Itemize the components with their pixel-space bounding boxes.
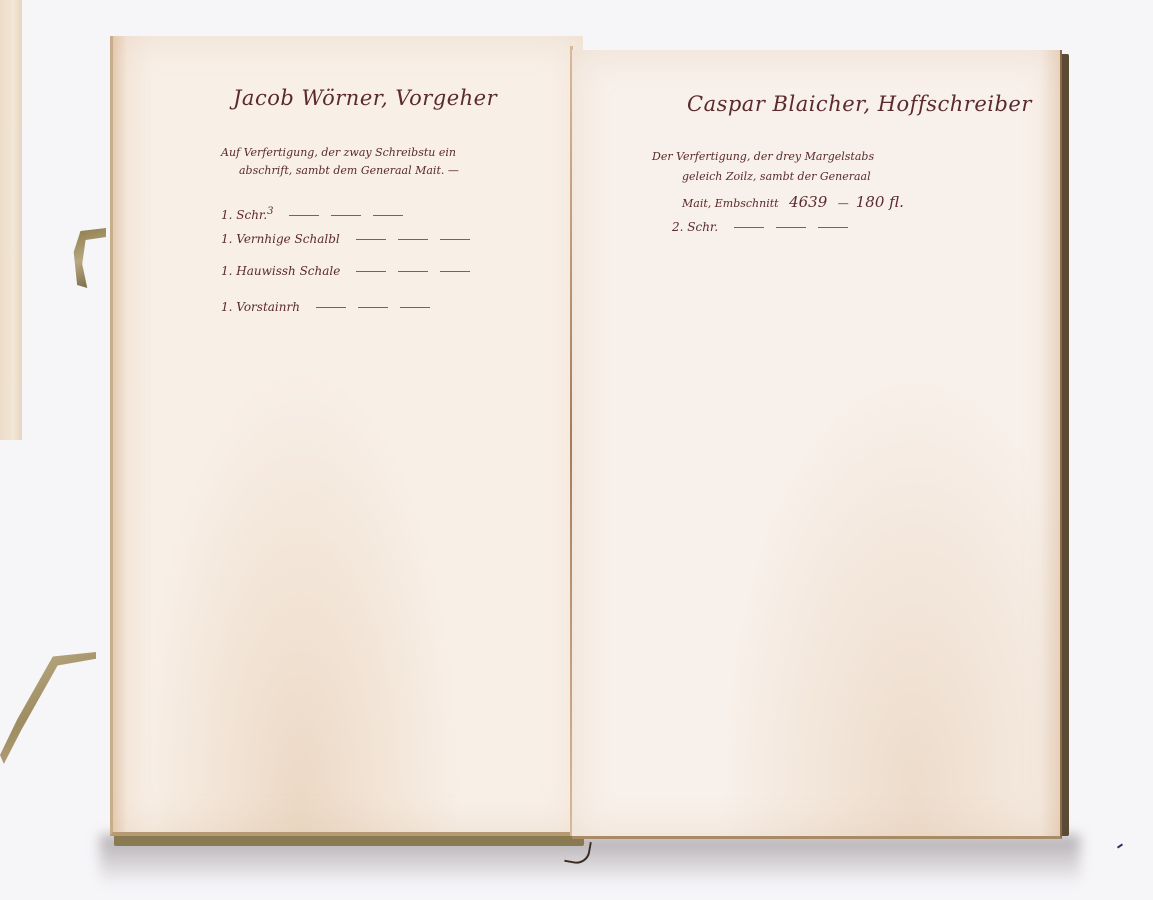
left-page-heading: Jacob Wörner, Vorgeher bbox=[233, 86, 497, 110]
item-label: 1. Schr. bbox=[221, 208, 267, 222]
wooden-table-edge bbox=[0, 0, 22, 440]
left-item: 1. Vorstainrh bbox=[221, 300, 430, 314]
ink-speck bbox=[1117, 843, 1123, 848]
right-item: 2. Schr. bbox=[672, 220, 848, 234]
left-item: 1. Hauwissh Schale bbox=[221, 264, 470, 278]
ribbon-bookmark-lower bbox=[0, 652, 96, 764]
left-item: 1. Vernhige Schalbl bbox=[221, 232, 470, 246]
right-page-heading: Caspar Blaicher, Hoffschreiber bbox=[687, 92, 1032, 116]
left-description-line-2: abschrift, sambt dem Generaal Mait. — bbox=[239, 164, 459, 177]
item-marker: 3 bbox=[267, 206, 273, 217]
item-label: 2. Schr. bbox=[672, 220, 718, 234]
description-text: Mait, Embschnitt bbox=[682, 197, 779, 210]
amount-value: 180 fl. bbox=[856, 193, 904, 211]
right-description-line-3: Mait, Embschnitt 4639 — 180 fl. bbox=[682, 193, 904, 211]
right-description-line-2: geleich Zoilz, sambt der Generaal bbox=[682, 170, 871, 183]
item-label: 1. Vernhige Schalbl bbox=[221, 232, 340, 246]
year-value: 4639 bbox=[789, 193, 827, 211]
item-label: 1. Hauwissh Schale bbox=[221, 264, 340, 278]
right-page: Caspar Blaicher, Hoffschreiber Der Verfe… bbox=[572, 50, 1062, 839]
item-label: 1. Vorstainrh bbox=[221, 300, 300, 314]
left-description-line-1: Auf Verfertigung, der zway Schreibstu ei… bbox=[221, 146, 456, 159]
left-page: Jacob Wörner, Vorgeher Auf Verfertigung,… bbox=[110, 36, 583, 836]
left-item: 1. Schr.3 bbox=[221, 206, 403, 222]
right-description-line-1: Der Verfertigung, der drey Margelstabs bbox=[652, 150, 874, 163]
open-book: Jacob Wörner, Vorgeher Auf Verfertigung,… bbox=[92, 36, 1067, 851]
